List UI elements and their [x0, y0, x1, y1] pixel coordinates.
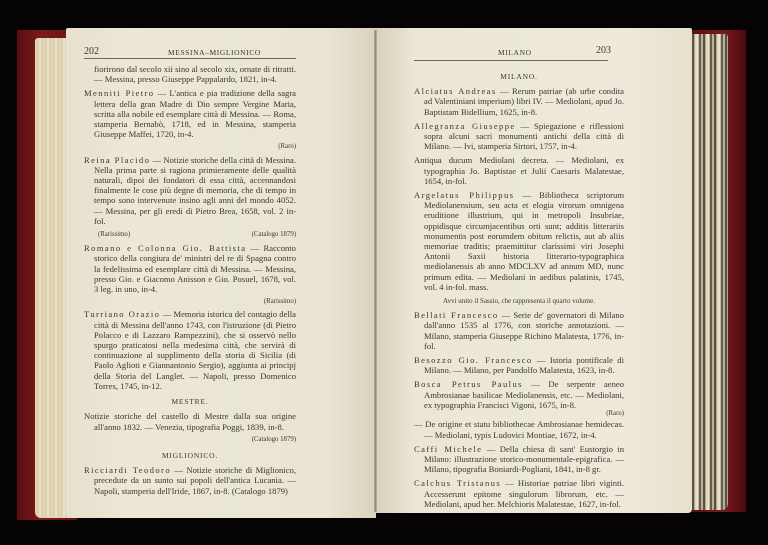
- entry-author: Reina Placido: [84, 155, 150, 165]
- entry-turriano: Turriano Orazio — Memoria istorica del c…: [84, 309, 296, 391]
- entry-bosca-2: — De origine et statu bibliothecae Ambro…: [414, 419, 624, 439]
- entry-note: (Raro): [84, 142, 296, 152]
- entry-note: (Catalogo 1879): [84, 435, 296, 445]
- entry-author: Besozzo Gio. Francesco: [414, 355, 533, 365]
- entry-author: Argelatus Philippus: [414, 190, 514, 200]
- entry-menniti: Menniti Pietro — L'antica e pia tradizio…: [84, 88, 296, 139]
- note-right: (Catalogo 1879): [252, 230, 296, 240]
- entry-note: (Raro): [414, 409, 624, 419]
- entry-argelatus: Argelatus Philippus — Bibliotheca script…: [414, 190, 624, 292]
- entry-author: Romano e Colonna Gio. Battista: [84, 243, 246, 253]
- entry-author: Ricciardi Teodoro: [84, 465, 171, 475]
- entry-reina: Reina Placido — Notizie storiche della c…: [84, 155, 296, 226]
- entry-text: — Memoria istorica del contagio della ci…: [94, 309, 296, 390]
- left-folio: 202: [84, 46, 99, 57]
- entry-text: — Notizie storiche della città di Messin…: [94, 155, 296, 226]
- entry-alciatus: Alciatus Andreas — Rerum patriae (ab urb…: [414, 86, 624, 117]
- entry-notes: (Rarissimo)(Catalogo 1879): [84, 230, 296, 240]
- entry-besozzo: Besozzo Gio. Francesco — Istoria pontifi…: [414, 355, 624, 375]
- section-heading-mestre: MESTRE.: [84, 397, 296, 407]
- entry-caffi: Caffi Michele — Della chiesa di sant' Eu…: [414, 444, 624, 475]
- entry-romano: Romano e Colonna Gio. Battista — Raccont…: [84, 243, 296, 294]
- entry-author: Allegranza Giuseppe: [414, 121, 516, 131]
- entry-subnote: Avvi unito il Sassio, che rappresenta il…: [414, 296, 624, 306]
- section-heading-miglionico: MIGLIONICO.: [84, 451, 296, 461]
- entry-bellati: Bellati Francesco — Serie de' governator…: [414, 310, 624, 351]
- entry-allegranza: Allegranza Giuseppe — Spiegazione e rifl…: [414, 121, 624, 152]
- entry-text: Notizie storiche del castello di Mestre …: [84, 411, 296, 431]
- entry-author: Turriano Orazio: [84, 309, 160, 319]
- entry-antiqua: Antiqua ducum Mediolani decreta. — Medio…: [414, 155, 624, 186]
- entry-author: Bellati Francesco: [414, 310, 499, 320]
- entry-text: Antiqua ducum Mediolani decreta. — Medio…: [414, 155, 624, 185]
- entry-calchus: Calchus Tristanus — Historiae patriae li…: [414, 478, 624, 509]
- section-heading-milano: MILANO.: [414, 72, 624, 82]
- left-running-head: MESSINA–MIGLIONICO: [168, 48, 261, 57]
- entry-bosca: Bosca Petrus Paulus — De serpente aeneo …: [414, 379, 624, 410]
- entry-text: — De origine et statu bibliothecae Ambro…: [414, 419, 624, 439]
- right-running-head: MILANO: [498, 48, 532, 57]
- entry-author: Bosca Petrus Paulus: [414, 379, 523, 389]
- entry-author: Alciatus Andreas: [414, 86, 497, 96]
- entry-note: (Rarissimo): [84, 297, 296, 307]
- right-header-rule: [414, 60, 608, 61]
- note-left: (Rarissimo): [98, 230, 130, 240]
- entry-author: Menniti Pietro: [84, 88, 155, 98]
- entry-author: Caffi Michele: [414, 444, 482, 454]
- right-folio: 203: [596, 45, 611, 56]
- entry-ricciardi: Ricciardi Teodoro — Notizie storiche di …: [84, 465, 296, 496]
- left-text-block: fiorirono dal secolo xii sino al secolo …: [84, 64, 296, 500]
- left-header-rule: [84, 58, 296, 59]
- entry-author: Calchus Tristanus: [414, 478, 501, 488]
- book-gutter: [374, 30, 377, 512]
- continuation-text: fiorirono dal secolo xii sino al secolo …: [84, 64, 296, 84]
- right-text-block: MILANO. Alciatus Andreas — Rerum patriae…: [414, 66, 624, 513]
- entry-mestre: Notizie storiche del castello di Mestre …: [84, 411, 296, 431]
- entry-text: — Bibliotheca scriptorum Mediolanensium,…: [424, 190, 624, 292]
